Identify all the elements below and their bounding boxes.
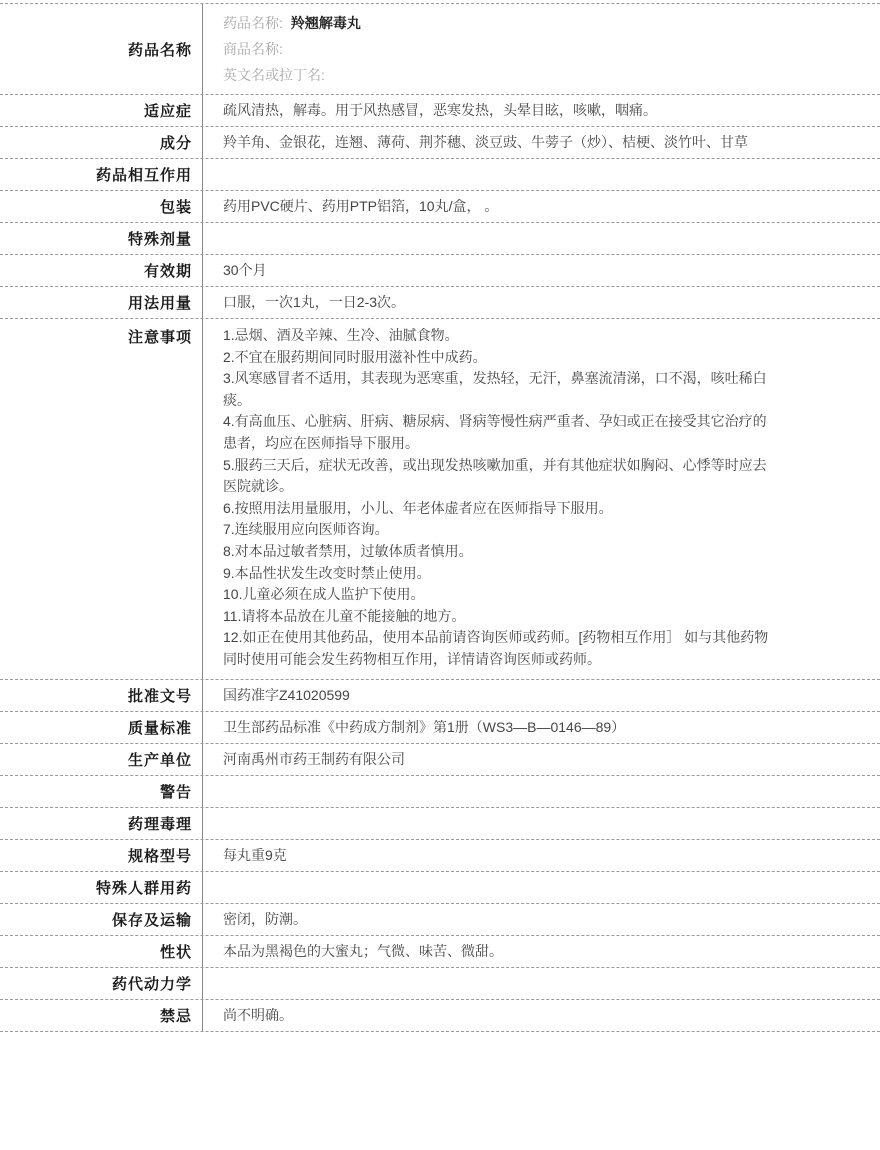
name-field-value: 羚翘解毒丸	[291, 10, 361, 36]
row-value: 药品名称:羚翘解毒丸商品名称:英文名或拉丁名:	[203, 4, 880, 94]
row-label: 质量标准	[0, 712, 203, 743]
row-label: 用法用量	[0, 287, 203, 318]
table-row: 注意事项 1.忌烟、酒及辛辣、生冷、油腻食物。2.不宜在服药期间同时服用滋补性中…	[0, 319, 880, 680]
row-label: 药代动力学	[0, 968, 203, 999]
table-row: 批准文号 国药准字Z41020599	[0, 680, 880, 712]
name-field-prefix: 英文名或拉丁名:	[223, 62, 325, 88]
table-row: 特殊剂量	[0, 223, 880, 255]
row-value: 国药准字Z41020599	[203, 680, 880, 711]
table-row: 药品相互作用	[0, 159, 880, 191]
row-label: 保存及运输	[0, 904, 203, 935]
table-row: 保存及运输 密闭，防潮。	[0, 904, 880, 936]
row-label: 规格型号	[0, 840, 203, 871]
row-label: 生产单位	[0, 744, 203, 775]
table-row: 用法用量 口服，一次1丸，一日2-3次。	[0, 287, 880, 319]
table-row: 药理毒理	[0, 808, 880, 840]
table-row: 药代动力学	[0, 968, 880, 1000]
row-label: 特殊人群用药	[0, 872, 203, 903]
row-value	[203, 808, 880, 839]
note-line: 5.服药三天后，症状无改善，或出现发热咳嗽加重，并有其他症状如胸闷、心悸等时应去…	[223, 455, 775, 498]
note-line: 11.请将本品放在儿童不能接触的地方。	[223, 606, 775, 628]
row-value: 卫生部药品标准《中药成方制剂》第1册（WS3—B—0146—89）	[203, 712, 880, 743]
row-value: 密闭，防潮。	[203, 904, 880, 935]
note-line: 7.连续服用应向医师咨询。	[223, 519, 775, 541]
row-label: 药品名称	[0, 4, 203, 94]
note-line: 4.有高血压、心脏病、肝病、糖尿病、肾病等慢性病严重者、孕妇或正在接受其它治疗的…	[223, 411, 775, 454]
row-value	[203, 776, 880, 807]
row-value	[203, 968, 880, 999]
row-label: 性状	[0, 936, 203, 967]
row-value: 药用PVC硬片、药用PTP铝箔，10丸/盒， 。	[203, 191, 880, 222]
row-value	[203, 872, 880, 903]
table-row: 适应症 疏风清热，解毒。用于风热感冒，恶寒发热，头晕目眩，咳嗽，咽痛。	[0, 95, 880, 127]
table-row: 有效期 30个月	[0, 255, 880, 287]
name-field-line: 英文名或拉丁名:	[223, 62, 868, 88]
row-label: 警告	[0, 776, 203, 807]
table-row: 药品名称 药品名称:羚翘解毒丸商品名称:英文名或拉丁名:	[0, 4, 880, 95]
note-line: 6.按照用法用量服用，小儿、年老体虚者应在医师指导下服用。	[223, 498, 775, 520]
name-field-line: 商品名称:	[223, 36, 868, 62]
row-value: 疏风清热，解毒。用于风热感冒，恶寒发热，头晕目眩，咳嗽，咽痛。	[203, 95, 880, 126]
row-value: 羚羊角、金银花，连翘、薄荷、荆芥穗、淡豆豉、牛蒡子（炒）、桔梗、淡竹叶、甘草	[203, 127, 880, 158]
name-field-prefix: 药品名称:	[223, 10, 283, 36]
table-row: 性状 本品为黑褐色的大蜜丸；气微、味苦、微甜。	[0, 936, 880, 968]
row-value	[203, 159, 880, 190]
table-row: 包装 药用PVC硬片、药用PTP铝箔，10丸/盒， 。	[0, 191, 880, 223]
note-line: 8.对本品过敏者禁用，过敏体质者慎用。	[223, 541, 775, 563]
note-line: 12.如正在使用其他药品，使用本品前请咨询医师或药师。[药物相互作用］ 如与其他…	[223, 627, 775, 670]
table-row: 成分 羚羊角、金银花，连翘、薄荷、荆芥穗、淡豆豉、牛蒡子（炒）、桔梗、淡竹叶、甘…	[0, 127, 880, 159]
row-label: 药品相互作用	[0, 159, 203, 190]
row-label: 批准文号	[0, 680, 203, 711]
row-value: 每丸重9克	[203, 840, 880, 871]
name-field-line: 药品名称:羚翘解毒丸	[223, 10, 868, 36]
table-row: 规格型号 每丸重9克	[0, 840, 880, 872]
note-line: 2.不宜在服药期间同时服用滋补性中成药。	[223, 347, 775, 369]
row-label: 注意事项	[0, 319, 203, 679]
row-value: 30个月	[203, 255, 880, 286]
row-label: 包装	[0, 191, 203, 222]
row-value: 河南禹州市药王制药有限公司	[203, 744, 880, 775]
table-row: 特殊人群用药	[0, 872, 880, 904]
row-value: 本品为黑褐色的大蜜丸；气微、味苦、微甜。	[203, 936, 880, 967]
drug-info-page: 药品名称 药品名称:羚翘解毒丸商品名称:英文名或拉丁名: 适应症 疏风清热，解毒…	[0, 0, 880, 1150]
row-label: 特殊剂量	[0, 223, 203, 254]
note-line: 3.风寒感冒者不适用，其表现为恶寒重，发热轻，无汗，鼻塞流清涕，口不渴，咳吐稀白…	[223, 368, 775, 411]
row-value	[203, 223, 880, 254]
row-value: 尚不明确。	[203, 1000, 880, 1031]
row-label: 药理毒理	[0, 808, 203, 839]
row-label: 有效期	[0, 255, 203, 286]
row-value: 1.忌烟、酒及辛辣、生冷、油腻食物。2.不宜在服药期间同时服用滋补性中成药。3.…	[203, 319, 880, 679]
row-label: 适应症	[0, 95, 203, 126]
note-line: 1.忌烟、酒及辛辣、生冷、油腻食物。	[223, 325, 775, 347]
table-row: 警告	[0, 776, 880, 808]
row-value: 口服，一次1丸，一日2-3次。	[203, 287, 880, 318]
note-line: 10.儿童必须在成人监护下使用。	[223, 584, 775, 606]
name-field-prefix: 商品名称:	[223, 36, 283, 62]
table-row: 禁忌 尚不明确。	[0, 1000, 880, 1032]
row-label: 成分	[0, 127, 203, 158]
table-row: 生产单位 河南禹州市药王制药有限公司	[0, 744, 880, 776]
row-label: 禁忌	[0, 1000, 203, 1031]
table-row: 质量标准 卫生部药品标准《中药成方制剂》第1册（WS3—B—0146—89）	[0, 712, 880, 744]
note-line: 9.本品性状发生改变时禁止使用。	[223, 563, 775, 585]
drug-info-table: 药品名称 药品名称:羚翘解毒丸商品名称:英文名或拉丁名: 适应症 疏风清热，解毒…	[0, 3, 880, 1032]
